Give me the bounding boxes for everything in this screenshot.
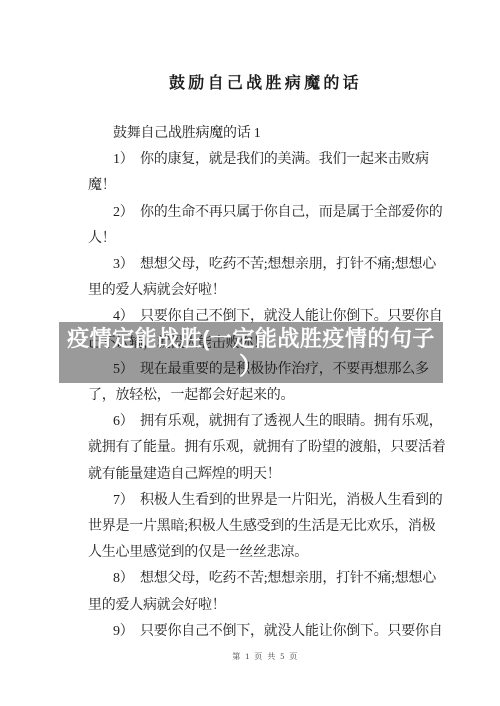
text-line: 了，放轻松，一起都会好起来的。 [88,383,458,409]
text-line: 鼓舞自己战胜病魔的话 1 [88,121,458,147]
text-line: 魔！ [88,173,458,199]
text-line: 7） 积极人生看到的世界是一片阳光，消极人生看到的 [88,488,458,514]
text-line: 人！ [88,226,458,252]
text-line: 6） 拥有乐观，就拥有了透视人生的眼睛。拥有乐观， [88,409,458,435]
text-line: 8） 想想父母，吃药不苦;想想亲朋，打针不痛;想想心 [88,566,458,592]
text-line: 就拥有了能量。拥有乐观，就拥有了盼望的渡船，只要活着 [88,435,458,461]
page-number-footer: 第 1 页 共 5 页 [88,651,443,662]
watermark-banner: 疫情定能战胜(一定能战胜疫情的句子 ） [59,322,443,383]
text-line: 就有能量建造自己辉煌的明天！ [88,462,458,488]
text-line: 9） 只要你自己不倒下，就没人能让你倒下。只要你自 [88,619,458,645]
page-title: 鼓励自己战胜病魔的话 [88,70,443,93]
text-line: 里的爱人病就会好啦！ [88,593,458,619]
text-line: 里的爱人病就会好啦！ [88,278,458,304]
document-page: 鼓励自己战胜病魔的话 鼓舞自己战胜病魔的话 11） 你的康复，就是我们的美满。我… [0,0,500,706]
text-line: 人生心里感觉到的仅是一丝丝悲凉。 [88,540,458,566]
text-line: 1） 你的康复，就是我们的美满。我们一起来击败病 [88,147,458,173]
text-line: 3） 想想父母，吃药不苦;想想亲朋，打针不痛;想想心 [88,252,458,278]
document-body: 鼓舞自己战胜病魔的话 11） 你的康复，就是我们的美满。我们一起来击败病魔！2）… [88,121,458,645]
banner-title-line1: 疫情定能战胜(一定能战胜疫情的句子 [59,325,443,352]
text-line: 世界是一片黑暗;积极人生感受到的生活是无比欢乐，消极 [88,514,458,540]
banner-title-line2: ） [59,352,443,381]
text-line: 2） 你的生命不再只属于你自己，而是属于全部爱你的 [88,200,458,226]
